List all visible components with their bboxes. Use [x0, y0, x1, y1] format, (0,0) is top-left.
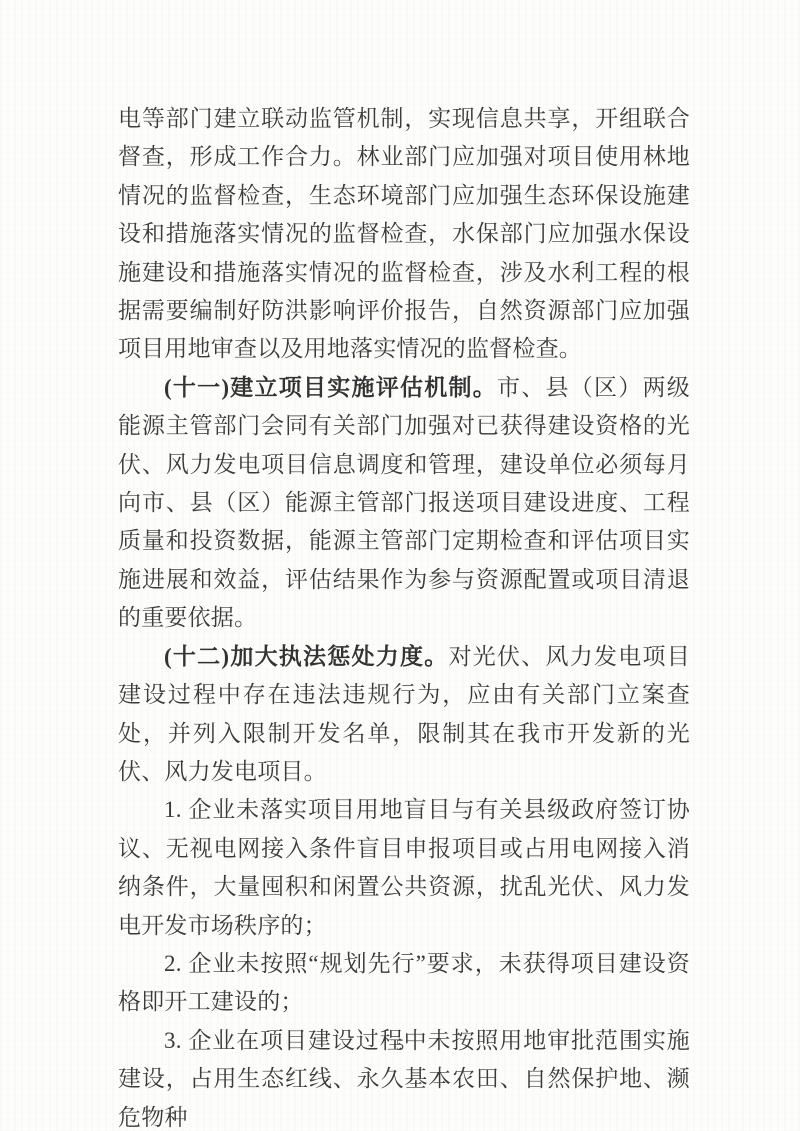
paragraph: (十一)建立项目实施评估机制。市、县（区）两级能源主管部门会同有关部门加强对已获…	[118, 369, 690, 638]
text-segment: 电等部门建立联动监管机制，实现信息共享，开组联合督查，形成工作合力。林业部门应加…	[118, 106, 690, 361]
paragraph: (十二)加大执法惩处力度。对光伏、风力发电项目建设过程中存在违法违规行为，应由有…	[118, 638, 690, 792]
paragraph-lead-bold: (十二)加大执法惩处力度。	[164, 644, 449, 669]
paragraph: 1. 企业未落实项目用地盲目与有关县级政府签订协议、无视电网接入条件盲目申报项目…	[118, 791, 690, 945]
text-segment: 1. 企业未落实项目用地盲目与有关县级政府签订协议、无视电网接入条件盲目申报项目…	[118, 797, 690, 937]
document-page: 电等部门建立联动监管机制，实现信息共享，开组联合督查，形成工作合力。林业部门应加…	[0, 0, 800, 1131]
paragraph-lead-bold: (十一)建立项目实施评估机制。	[164, 375, 497, 400]
text-segment: 2. 企业未按照“规划先行”要求，未获得项目建设资格即开工建设的；	[118, 951, 690, 1014]
paragraph: 电等部门建立联动监管机制，实现信息共享，开组联合督查，形成工作合力。林业部门应加…	[118, 100, 690, 369]
document-body: 电等部门建立联动监管机制，实现信息共享，开组联合督查，形成工作合力。林业部门应加…	[118, 100, 690, 1131]
text-segment: 市、县（区）两级能源主管部门会同有关部门加强对已获得建设资格的光伏、风力发电项目…	[118, 375, 690, 630]
paragraph: 2. 企业未按照“规划先行”要求，未获得项目建设资格即开工建设的；	[118, 945, 690, 1022]
page-number: 5	[0, 1036, 800, 1056]
